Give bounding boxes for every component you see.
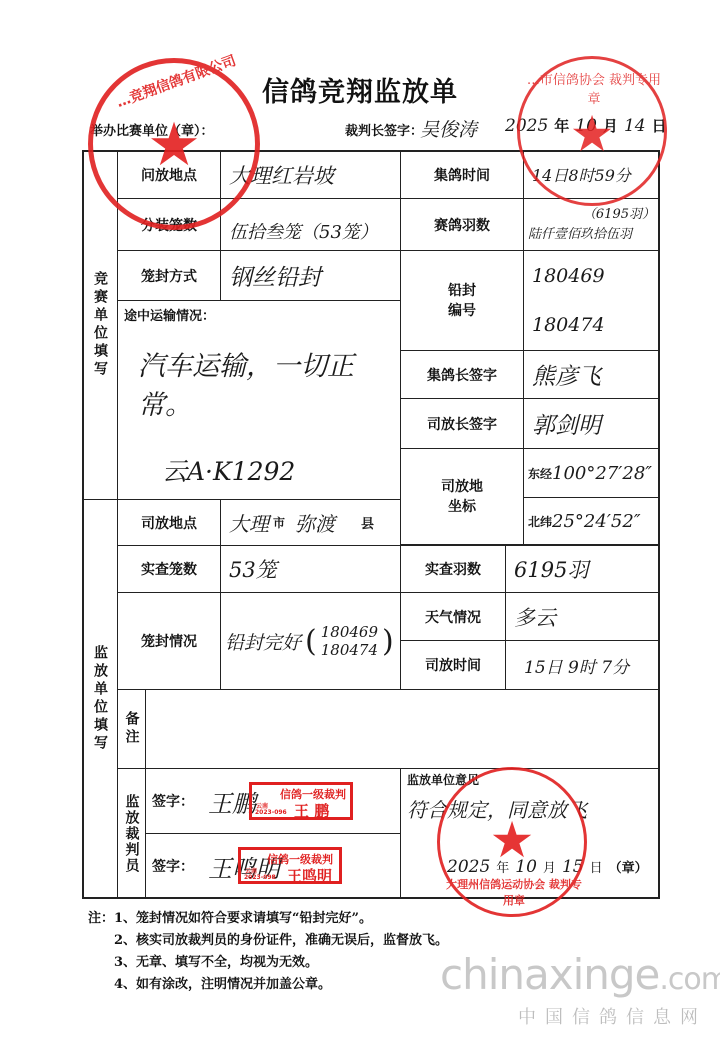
race-section-label: 竞赛单位填写 xyxy=(90,271,110,379)
release-location-field[interactable]: 大理 市 弥渡 县 xyxy=(220,499,401,546)
supervision-section-label-cell: 监放单位填写 xyxy=(82,499,118,899)
paren-open: ( xyxy=(305,624,317,659)
supervision-stamp-star-icon: ★ xyxy=(440,815,584,865)
chief-judge-label: 裁判长签字： xyxy=(345,120,423,139)
release-chief-signature[interactable]: 郭剑明 xyxy=(523,398,660,449)
seal-numbers-list: 180469 180474 xyxy=(321,623,378,659)
supervision-section-label: 监放单位填写 xyxy=(90,645,110,753)
association-stamp: ★ …市信鸽协会 裁判专用章 xyxy=(517,56,667,206)
seal-method-field[interactable]: 钢丝铅封 xyxy=(220,250,401,301)
remarks-label: 备注 xyxy=(122,711,142,747)
release-coords-label: 司放地坐标 xyxy=(440,477,484,517)
transport-label: 途中运输情况： xyxy=(124,305,215,324)
seal-number-label-text: 铅封编号 xyxy=(447,281,477,321)
basket-seal-status-value: 铅封完好 xyxy=(225,628,301,655)
latitude-field[interactable]: 北纬 25°24′52″ xyxy=(523,497,660,545)
organizer-stamp: ★ …竞翔信鸽有限公司 xyxy=(88,58,260,230)
gather-chief-label: 集鸽长签字 xyxy=(400,350,524,399)
notes-block: 注：1、笼封情况如符合要求请填写“铅封完好”。 2、核实司放裁判员的身份证件，准… xyxy=(88,908,448,996)
referee1-sign-label: 签字： xyxy=(152,791,194,811)
release-county-unit: 县 xyxy=(361,513,374,532)
referees-label: 监放裁判员 xyxy=(122,794,142,874)
chief-judge-signature: 吴俊涛 xyxy=(420,115,477,142)
actual-pigeons-field[interactable]: 6195羽 xyxy=(505,545,660,593)
release-county: 弥渡 xyxy=(295,508,335,537)
remarks-field[interactable] xyxy=(145,689,660,769)
association-stamp-text: …市信鸽协会 裁判专用章 xyxy=(524,69,664,107)
notes-prefix: 注： xyxy=(88,911,114,926)
basket-seal-1: 180469 xyxy=(321,623,378,641)
weather-field[interactable]: 多云 xyxy=(505,592,660,641)
note-4: 4、如有涂改，注明情况并加盖公章。 xyxy=(88,974,448,996)
transport-value: 汽车运输，一切正常。 xyxy=(138,344,394,422)
seal-number-field[interactable]: 180469 180474 xyxy=(523,250,660,351)
basket-seal-2: 180474 xyxy=(321,641,378,659)
referees-label-cell: 监放裁判员 xyxy=(117,768,146,899)
actual-baskets-label: 实查笼数 xyxy=(117,545,221,593)
remarks-label-cell: 备注 xyxy=(117,689,146,769)
referee2-sign-label: 签字： xyxy=(152,856,194,876)
longitude-label: 东经 xyxy=(528,465,552,482)
note-2: 2、核实司放裁判员的身份证件，准确无误后，监督放飞。 xyxy=(88,930,448,952)
watermark-tld: .com xyxy=(659,962,720,997)
supervision-stamp: ★ 大理州信鸽运动协会 裁判专用章 xyxy=(437,767,587,917)
watermark-domain: chinaxinge.com xyxy=(440,950,720,999)
actual-pigeons-label: 实查羽数 xyxy=(400,545,506,593)
basket-count-field[interactable]: 伍拾叁笼（53笼） xyxy=(220,198,401,251)
referee1-stamp-id: 2023-096 xyxy=(255,809,287,816)
note-1: 注：1、笼封情况如符合要求请填写“铅封完好”。 xyxy=(88,908,448,930)
release-coords-label-cell: 司放地坐标 xyxy=(400,448,524,545)
basket-seal-status-field[interactable]: 铅封完好 ( 180469 180474 ) xyxy=(220,592,401,690)
gather-chief-signature[interactable]: 熊彦飞 xyxy=(523,350,660,399)
note-3: 3、无章、填写不全，均视为无效。 xyxy=(88,952,448,974)
paren-close: ) xyxy=(382,624,394,659)
release-time-label: 司放时间 xyxy=(400,640,506,690)
supervision-stamp-text: 大理州信鸽运动协会 裁判专用章 xyxy=(446,876,582,908)
note-1-text: 1、笼封情况如符合要求请填写“铅封完好”。 xyxy=(114,911,372,926)
release-city-unit: 市 xyxy=(273,514,285,531)
longitude-value: 100°27′28″ xyxy=(552,463,652,484)
referee2-stamp: 信鸽一级裁判 云南 2023-098 王鸣明 xyxy=(238,847,342,884)
organizer-stamp-star-icon: ★ xyxy=(93,115,255,175)
organizer-stamp-text: …竞翔信鸽有限公司 xyxy=(102,46,250,116)
watermark-site-name: 中国信鸽信息网 xyxy=(518,1003,707,1029)
pigeon-count-note: （6195羽） xyxy=(583,205,655,225)
release-time-field[interactable]: 15日 9时 7分 xyxy=(505,640,660,690)
referee2-stamp-name: 王鸣明 xyxy=(287,865,332,886)
referee1-stamp-name: 王 鹏 xyxy=(294,800,329,821)
actual-baskets-field[interactable]: 53笼 xyxy=(220,545,401,593)
basket-seal-status-label: 笼封情况 xyxy=(117,592,221,690)
seal-number-2: 180474 xyxy=(532,314,605,336)
latitude-label: 北纬 xyxy=(528,513,552,530)
transport-plate: 云A·K1292 xyxy=(162,452,295,488)
pigeon-count-value: 陆仟壹佰玖拾伍羽 xyxy=(528,225,632,245)
release-location-label: 司放地点 xyxy=(117,499,221,546)
longitude-field[interactable]: 东经 100°27′28″ xyxy=(523,448,660,498)
referee1-stamp: 信鸽一级裁判 云南 2023-096 王 鹏 xyxy=(249,782,353,820)
watermark-domain-name: chinaxinge xyxy=(440,950,659,999)
release-city: 大理 xyxy=(229,508,269,537)
gather-time-label: 集鸽时间 xyxy=(400,150,524,199)
pigeon-count-label: 赛鸽羽数 xyxy=(400,198,524,251)
opinion-seal-note: （章） xyxy=(609,857,648,876)
association-stamp-star-icon: ★ xyxy=(520,109,664,159)
seal-method-label: 笼封方式 xyxy=(117,250,221,301)
transport-cell[interactable]: 途中运输情况： 汽车运输，一切正常。 云A·K1292 xyxy=(117,300,401,500)
opinion-date-day-unit: 日 xyxy=(590,857,603,876)
weather-label: 天气情况 xyxy=(400,592,506,641)
latitude-value: 25°24′52″ xyxy=(552,511,641,532)
seal-number-1: 180469 xyxy=(532,265,605,287)
seal-number-label: 铅封编号 xyxy=(400,250,524,351)
release-chief-label: 司放长签字 xyxy=(400,398,524,449)
referee2-stamp-id: 2023-098 xyxy=(244,874,276,881)
